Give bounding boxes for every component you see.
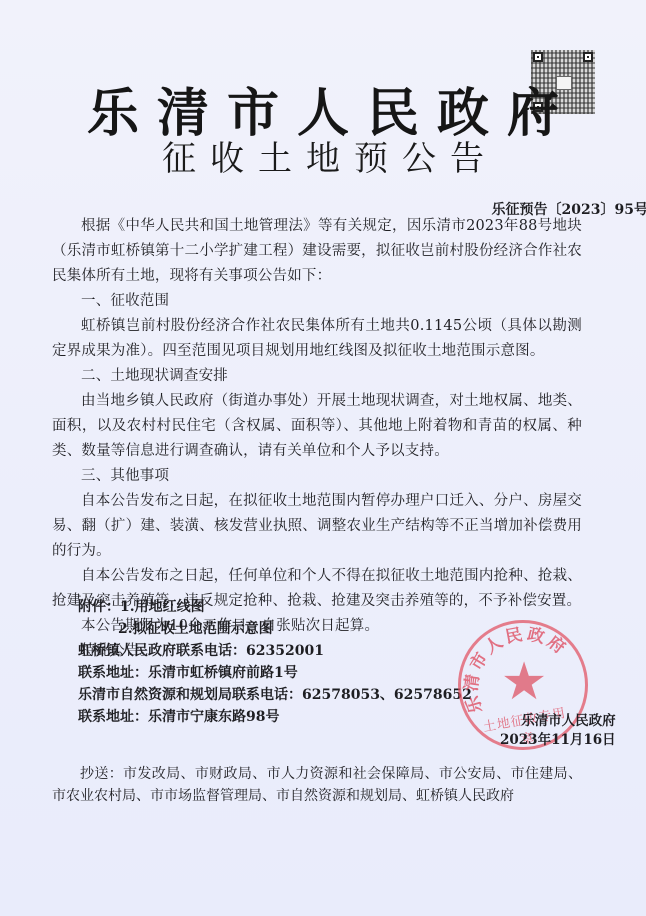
cc-text: 抄送：市发改局、市财政局、市人力资源和社会保障局、市公安局、市住建局、市农业农村… [52, 763, 582, 807]
attachment-item-1: 1.用地红线图 [120, 599, 205, 615]
contact-line: 乐清市自然资源和规划局联系电话：62578053、62578652 [78, 684, 472, 706]
document-page: 乐清市人民政府 征收土地预公告 乐征预告〔2023〕95号 根据《中华人民共和国… [0, 0, 646, 916]
section-paragraph: 虹桥镇岂前村股份经济合作社农民集体所有土地共0.1145公顷（具体以勘测定界成果… [52, 314, 582, 364]
section-paragraph: 自本公告发布之日起，在拟征收土地范围内暂停办理户口迁入、分户、房屋交易、翻（扩）… [52, 489, 582, 564]
section-heading: 二、土地现状调查安排 [52, 364, 582, 389]
qr-finder-icon [533, 52, 543, 62]
contact-line: 虹桥镇人民政府联系电话：62352001 [78, 640, 472, 662]
section-heading: 三、其他事项 [52, 464, 582, 489]
signature-date: 2023年11月16日 [500, 731, 616, 750]
document-title: 征收土地预公告 [0, 142, 646, 176]
intro-paragraph: 根据《中华人民共和国土地管理法》等有关规定，因乐清市2023年88号地块（乐清市… [52, 214, 582, 289]
attachments-block: 附件：1.用地红线图 2.拟征收土地范围示意图 虹桥镇人民政府联系电话：6235… [78, 596, 472, 728]
attachments-label: 附件： [78, 599, 120, 615]
attachment-item-2: 2.拟征收土地范围示意图 [78, 618, 472, 640]
attachment-item: 附件：1.用地红线图 [78, 596, 472, 618]
signature-issuer: 乐清市人民政府 [500, 712, 616, 731]
issuer-title: 乐清市人民政府 [0, 88, 646, 140]
qr-finder-icon [583, 52, 593, 62]
section-heading: 一、征收范围 [52, 289, 582, 314]
section-paragraph: 由当地乡镇人民政府（街道办事处）开展土地现状调查，对土地权属、地类、面积，以及农… [52, 389, 582, 464]
contact-line: 联系地址：乐清市虹桥镇府前路1号 [78, 662, 472, 684]
signature-block: 乐清市人民政府 2023年11月16日 [500, 712, 616, 750]
seal-star-icon: ★ [499, 657, 549, 707]
contact-line: 联系地址：乐清市宁康东路98号 [78, 706, 472, 728]
cc-block: 抄送：市发改局、市财政局、市人力资源和社会保障局、市公安局、市住建局、市农业农村… [52, 763, 582, 807]
